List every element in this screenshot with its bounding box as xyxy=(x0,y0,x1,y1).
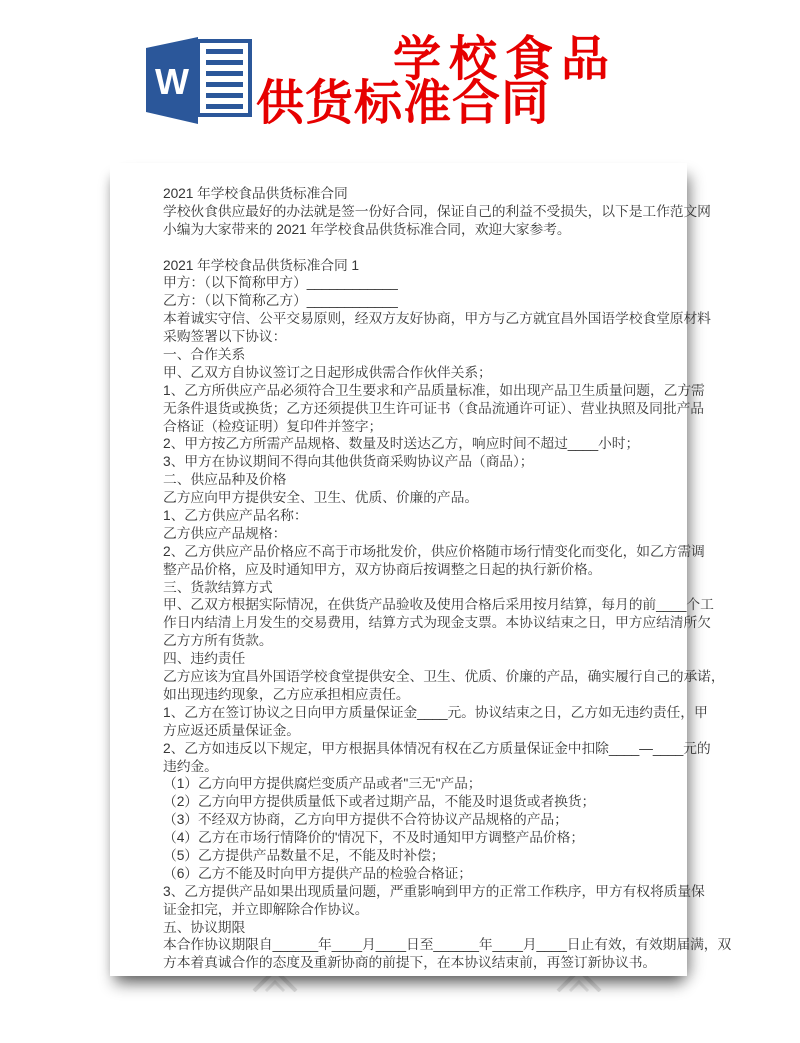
document-line: 五、协议期限 xyxy=(163,919,659,937)
document-line: 本合作协议期限自______年____月____日至______年____月__… xyxy=(163,936,659,954)
document-text: 2021 年学校食品供货标准合同学校伙食供应最好的办法就是签一份好合同，保证自己… xyxy=(163,185,659,972)
document-line: （6）乙方不能及时向甲方提供产品的检验合格证； xyxy=(163,865,659,883)
document-line: 2021 年学校食品供货标准合同 1 xyxy=(163,257,659,275)
document-line: 1、乙方所供应产品必须符合卫生要求和产品质量标准，如出现产品卫生质量问题，乙方需 xyxy=(163,382,659,400)
document-line: 乙方供应产品规格： xyxy=(163,525,659,543)
document-line: 作日内结清上月发生的交易费用，结算方式为现金支票。本协议结束之日，甲方应结清所欠 xyxy=(163,614,659,632)
document-line: 3、甲方在协议期间不得向其他供货商采购协议产品（商品）； xyxy=(163,453,659,471)
document-line: 一、合作关系 xyxy=(163,346,659,364)
document-line: 三、货款结算方式 xyxy=(163,579,659,597)
document-line: 乙方应该为宜昌外国语学校食堂提供安全、卫生、优质、价廉的产品，确实履行自己的承诺… xyxy=(163,668,659,686)
document-line: 2、乙方供应产品价格应不高于市场批发价，供应价格随市场行情变化而变化，如乙方需调 xyxy=(163,543,659,561)
document-line: （5）乙方提供产品数量不足，不能及时补偿； xyxy=(163,847,659,865)
document-line: 3、乙方提供产品如果出现质量问题，严重影响到甲方的正常工作秩序，甲方有权将质量保 xyxy=(163,883,659,901)
document-line: 如出现违约现象，乙方应承担相应责任。 xyxy=(163,686,659,704)
word-icon-letter: W xyxy=(155,61,189,102)
word-icon-graphic: W xyxy=(140,32,258,126)
document-line: 2、乙方如违反以下规定，甲方根据具体情况有权在乙方质量保证金中扣除____—__… xyxy=(163,740,659,758)
document-line: 学校伙食供应最好的办法就是签一份好合同，保证自己的利益不受损失，以下是工作范文网 xyxy=(163,203,659,221)
document-line: 甲方：（以下简称甲方）____________ xyxy=(163,274,659,292)
document-line: 采购签署以下协议： xyxy=(163,328,659,346)
document-line: 合格证（检疫证明）复印件并签字； xyxy=(163,418,659,436)
document-line: （2）乙方向甲方提供质量低下或者过期产品，不能及时退货或者换货； xyxy=(163,793,659,811)
document-page: 2021 年学校食品供货标准合同学校伙食供应最好的办法就是签一份好合同，保证自己… xyxy=(110,163,687,976)
document-line: 1、乙方供应产品名称： xyxy=(163,507,659,525)
document-line: 方本着真诚合作的态度及重新协商的前提下，在本协议结束前，再签订新协议书。 xyxy=(163,954,659,972)
document-line: 四、违约责任 xyxy=(163,650,659,668)
document-line: 本着诚实守信、公平交易原则，经双方友好协商，甲方与乙方就宜昌外国语学校食堂原材料 xyxy=(163,310,659,328)
document-line: 证金扣完，并立即解除合作协议。 xyxy=(163,901,659,919)
document-line: 违约金。 xyxy=(163,758,659,776)
document-line: 2021 年学校食品供货标准合同 xyxy=(163,185,659,203)
document-line: 整产品价格，应及时通知甲方，双方协商后按调整之日起的执行新价格。 xyxy=(163,561,659,579)
document-line: 二、供应品种及价格 xyxy=(163,471,659,489)
word-icon: W xyxy=(140,32,258,126)
document-line: 甲、乙双方根据实际情况，在供货产品验收及使用合格后采用按月结算，每月的前____… xyxy=(163,596,659,614)
document-line xyxy=(163,239,659,257)
document-line: （3）不经双方协商，乙方向甲方提供不合符协议产品规格的产品； xyxy=(163,811,659,829)
document-line: 乙方方所有货款。 xyxy=(163,632,659,650)
doc-preview-canvas: W 学校食品 供货标准合同 2021 年学校食品供货标准合同学校伙食供应最好的办… xyxy=(0,0,800,1043)
doc-title-line2: 供货标准合同 xyxy=(256,80,550,128)
document-line: 小编为大家带来的 2021 年学校食品供货标准合同，欢迎大家参考。 xyxy=(163,221,659,239)
document-line: 2、甲方按乙方所需产品规格、数量及时送达乙方，响应时间不超过____小时； xyxy=(163,435,659,453)
document-line: 无条件退货或换货；乙方还须提供卫生许可证书（食品流通许可证）、营业执照及同批产品 xyxy=(163,400,659,418)
document-line: （1）乙方向甲方提供腐烂变质产品或者"三无"产品； xyxy=(163,775,659,793)
document-line: 1、乙方在签订协议之日向甲方质量保证金____元。协议结束之日，乙方如无违约责任… xyxy=(163,704,659,722)
document-line: 甲、乙双方自协议签订之日起形成供需合作伙伴关系； xyxy=(163,364,659,382)
document-line: 方应返还质量保证金。 xyxy=(163,722,659,740)
document-line: （4）乙方在市场行情降价的'情况下，不及时通知甲方调整产品价格； xyxy=(163,829,659,847)
document-line: 乙方：（以下简称乙方）____________ xyxy=(163,292,659,310)
document-line: 乙方应向甲方提供安全、卫生、优质、价廉的产品。 xyxy=(163,489,659,507)
